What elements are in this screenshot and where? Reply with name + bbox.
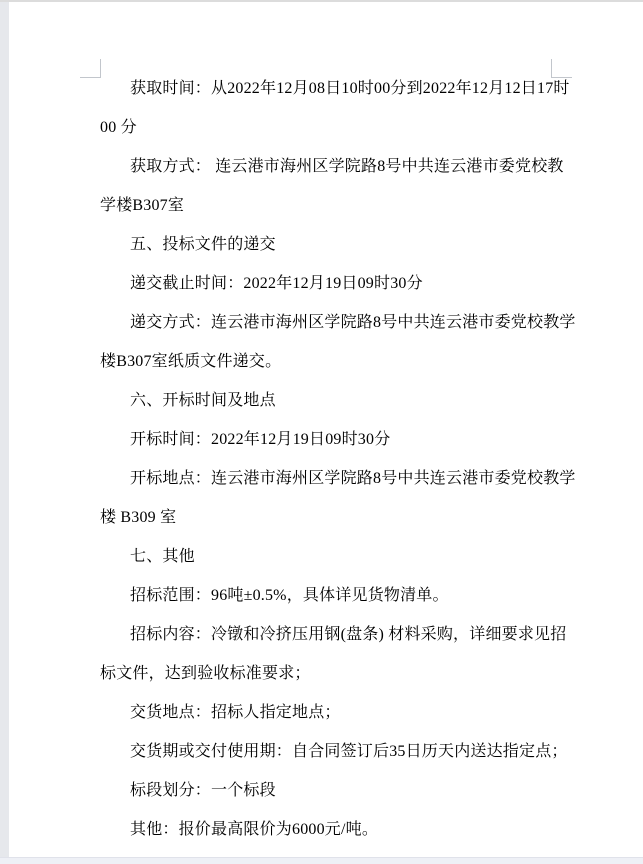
- text-line: 递交方式：连云港市海州区学院路8号中共连云港市委党校教学: [100, 303, 575, 342]
- text-line: 其他：报价最高限价为6000元/吨。: [100, 810, 575, 849]
- app-background-top-edge: [0, 0, 643, 2]
- text-line: 五、投标文件的递交: [100, 225, 575, 264]
- document-body[interactable]: 获取时间：从2022年12月08日10时00分到2022年12月12日17时00…: [100, 69, 575, 849]
- document-viewer: 获取时间：从2022年12月08日10时00分到2022年12月12日17时00…: [0, 0, 643, 864]
- app-background-bottom-edge: [0, 857, 643, 864]
- text-line: 招标内容：冷镦和冷挤压用钢(盘条) 材料采购，详细要求见招: [100, 615, 575, 654]
- text-line: 交货地点：招标人指定地点；: [100, 693, 575, 732]
- text-line: 交货期或交付使用期：自合同签订后35日历天内送达指定点；: [100, 732, 575, 771]
- text-line: 开标时间：2022年12月19日09时30分: [100, 420, 575, 459]
- text-line: 六、开标时间及地点: [100, 381, 575, 420]
- text-line: 招标范围：96吨±0.5%，具体详见货物清单。: [100, 576, 575, 615]
- app-background-left-edge: [0, 0, 9, 857]
- text-line: 00 分: [100, 108, 575, 147]
- text-line: 递交截止时间：2022年12月19日09时30分: [100, 264, 575, 303]
- margin-mark-top-left-icon: [80, 59, 101, 78]
- text-line: 七、其他: [100, 537, 575, 576]
- text-line: 楼B307室纸质文件递交。: [100, 342, 575, 381]
- text-line: 标文件，达到验收标准要求；: [100, 654, 575, 693]
- text-line: 学楼B307室: [100, 186, 575, 225]
- text-line: 获取方式： 连云港市海州区学院路8号中共连云港市委党校教: [100, 147, 575, 186]
- text-line: 标段划分：一个标段: [100, 771, 575, 810]
- text-line: 获取时间：从2022年12月08日10时00分到2022年12月12日17时: [100, 69, 575, 108]
- text-line: 楼 B309 室: [100, 498, 575, 537]
- text-line: 开标地点：连云港市海州区学院路8号中共连云港市委党校教学: [100, 459, 575, 498]
